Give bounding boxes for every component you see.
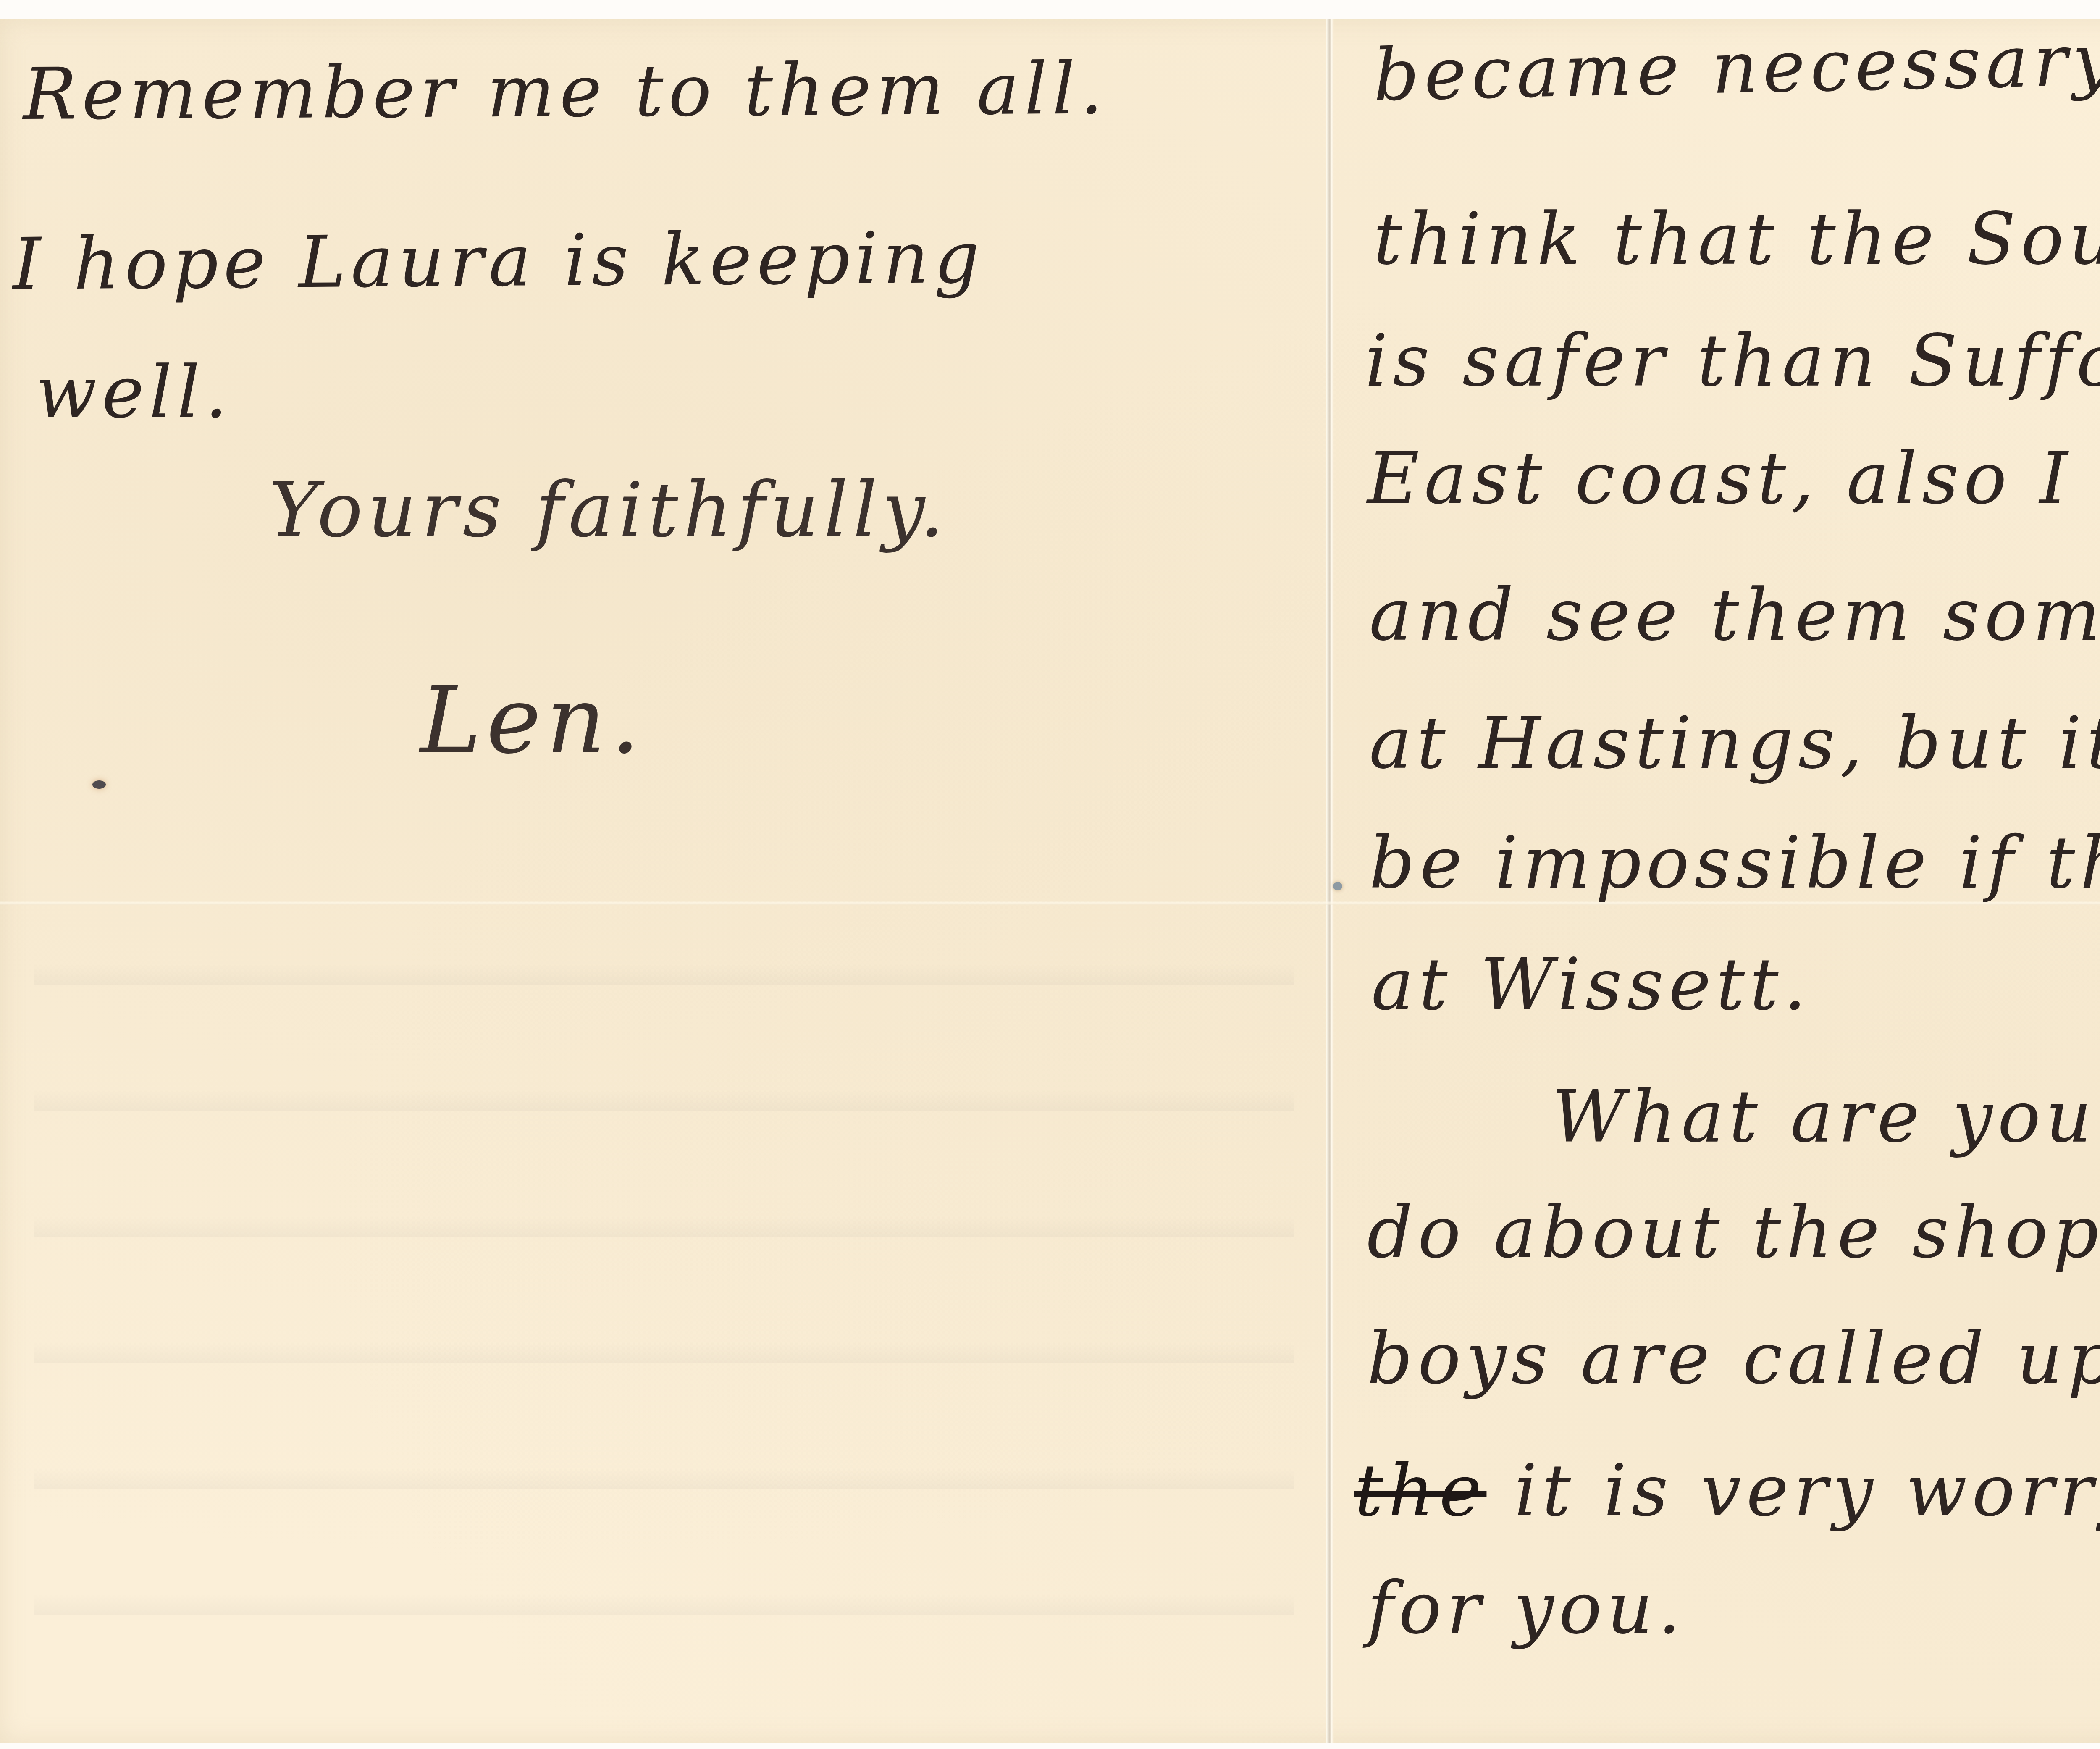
right-page: became necessary, and I also think that … bbox=[1333, 19, 2100, 1743]
letter-line: and see them sometimes bbox=[1369, 580, 2100, 651]
letter-line-text: it is very worrying bbox=[1514, 1450, 2100, 1533]
letter-line: for you. bbox=[1367, 1573, 1686, 1644]
letter-line: at Hastings, but it would bbox=[1369, 708, 2100, 779]
letter-sheet: Remember me to them all. I hope Laura is… bbox=[0, 19, 2100, 1743]
ink-show-through bbox=[34, 964, 1294, 1720]
letter-line: What are you going to bbox=[1552, 1082, 2100, 1153]
letter-line: think that the South coast bbox=[1373, 204, 2100, 275]
letter-line: do about the shop if the bbox=[1367, 1197, 2100, 1268]
scanned-letter: Remember me to them all. I hope Laura is… bbox=[0, 0, 2100, 1749]
letter-line: became necessary, and I also bbox=[1373, 15, 2100, 111]
left-page: Remember me to them all. I hope Laura is… bbox=[0, 19, 1327, 1743]
signature: Len. bbox=[420, 674, 645, 767]
letter-line: East coast, also I can go bbox=[1367, 443, 2100, 515]
struck-word: the bbox=[1354, 1450, 1486, 1533]
center-fold bbox=[1326, 19, 1334, 1743]
letter-line: at Wissett. bbox=[1371, 949, 1811, 1021]
letter-line: I hope Laura is keeping bbox=[12, 222, 984, 300]
ink-spot bbox=[92, 780, 106, 789]
closing: Yours faithfully. bbox=[269, 473, 949, 548]
letter-line: boys are called up. I expect bbox=[1367, 1323, 2100, 1394]
letter-line: be impossible if they were bbox=[1369, 827, 2100, 899]
letter-line: is safer than Suffolk on the bbox=[1365, 326, 2100, 397]
letter-line: the it is very worrying bbox=[1354, 1455, 2100, 1527]
letter-line: well. bbox=[36, 357, 233, 428]
letter-line: Remember me to them all. bbox=[23, 53, 1108, 130]
